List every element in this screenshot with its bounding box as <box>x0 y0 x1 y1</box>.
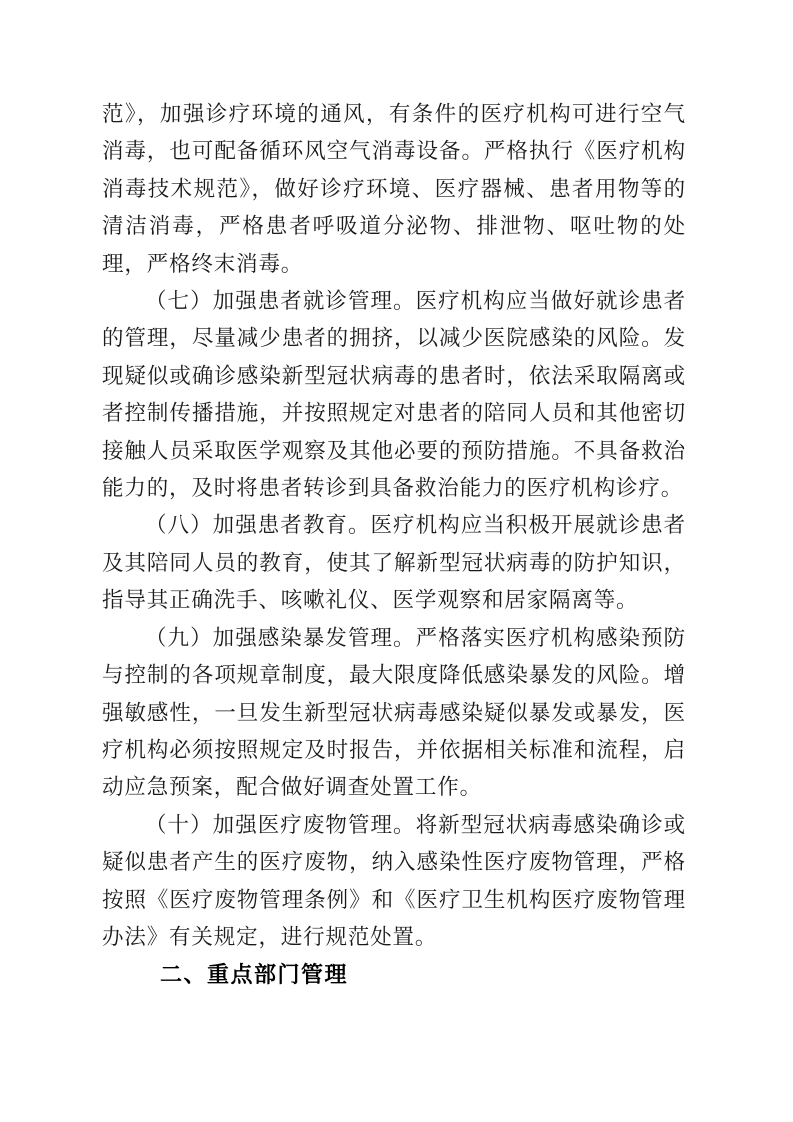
paragraph: （十）加强医疗废物管理。将新型冠状病毒感染确诊或疑似患者产生的医疗废物，纳入感染… <box>102 807 686 957</box>
paragraph-text: 范》，加强诊疗环境的通风，有条件的医疗机构可进行空气消毒，也可配备循环风空气消毒… <box>102 102 686 276</box>
paragraph: （八）加强患者教育。医疗机构应当积极开展就诊患者及其陪同人员的教育，使其了解新型… <box>102 507 686 619</box>
paragraph: （七）加强患者就诊管理。医疗机构应当做好就诊患者的管理，尽量减少患者的拥挤，以减… <box>102 283 686 507</box>
document-page: 范》，加强诊疗环境的通风，有条件的医疗机构可进行空气消毒，也可配备循环风空气消毒… <box>0 0 793 1122</box>
paragraph-lead: （七）加强患者就诊管理。 <box>145 289 416 313</box>
section-heading: 二、重点部门管理 <box>102 956 686 993</box>
paragraph: 范》，加强诊疗环境的通风，有条件的医疗机构可进行空气消毒，也可配备循环风空气消毒… <box>102 96 686 283</box>
document-body: 范》，加强诊疗环境的通风，有条件的医疗机构可进行空气消毒，也可配备循环风空气消毒… <box>102 96 686 994</box>
paragraph-text: 严格落实医疗机构感染预防与控制的各项规章制度，最大限度降低感染暴发的风险。增强敏… <box>102 626 686 800</box>
paragraph: （九）加强感染暴发管理。严格落实医疗机构感染预防与控制的各项规章制度，最大限度降… <box>102 620 686 807</box>
paragraph-text: 医疗机构应当做好就诊患者的管理，尽量减少患者的拥挤，以减少医院感染的风险。发现疑… <box>102 289 686 500</box>
paragraph-lead: （八）加强患者教育。 <box>145 513 371 537</box>
paragraph-lead: （十）加强医疗废物管理。 <box>145 813 416 837</box>
paragraph-lead: （九）加强感染暴发管理。 <box>145 626 416 650</box>
